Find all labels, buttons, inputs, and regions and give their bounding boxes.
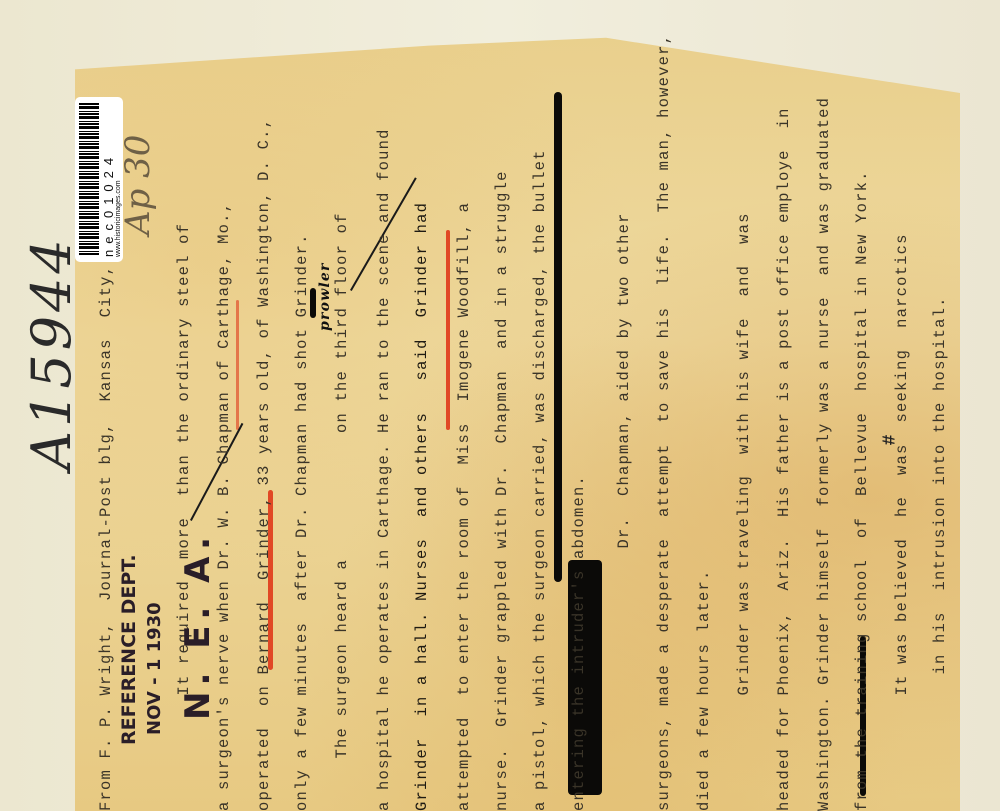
end-mark: # [880, 435, 900, 446]
document-line: a pistol, which the surgeon carried, was… [531, 149, 549, 811]
document-header: From F. P. Wright, Journal-Post blg, Kan… [97, 265, 115, 811]
reference-dept-stamp: REFERENCE DEPT. [118, 554, 140, 745]
document-line: Washington. Grinder himself formerly was… [815, 97, 833, 811]
document-line: Grinder was traveling with his wife and … [735, 212, 753, 811]
document-line: only a few minutes after Dr. Chapman had… [293, 233, 311, 811]
document-line: entering the intruder's abdomen. [570, 475, 588, 811]
document-line: from the training school of Bellevue hos… [853, 170, 871, 811]
document-line: The surgeon heard a on the third floor o… [333, 212, 351, 811]
document-line: It required more than the ordinary steel… [175, 223, 193, 811]
document-line: operated on Bernard Grinder, 33 years ol… [255, 118, 273, 811]
document-line: died a few hours later. [695, 569, 713, 811]
document-line: nurse. Grinder grappled with Dr. Chapman… [493, 170, 511, 811]
document-line: Dr. Chapman, aided by two other [615, 212, 633, 811]
document-line: attempted to enter the room of Miss Imog… [455, 202, 473, 811]
handwritten-insert: prowler [317, 262, 333, 331]
document-line: a hospital he operates in Carthage. He r… [375, 128, 393, 811]
document-line: in his intrusion into the hospital. [931, 296, 949, 811]
document-line: headed for Phoenix, Ariz. His father is … [775, 107, 793, 811]
handwritten-archive-id: A15944 [20, 235, 83, 470]
document-line: surgeons, made a desperate attempt to sa… [655, 34, 673, 811]
nea-stamp: N. E. A. [178, 531, 218, 720]
stamp-date: NOV - 1 1930 [144, 602, 165, 735]
document-line: Grinder in a hall. Nurses and others sai… [413, 202, 431, 811]
document-line: It was believed he was seeking narcotics [893, 233, 911, 811]
